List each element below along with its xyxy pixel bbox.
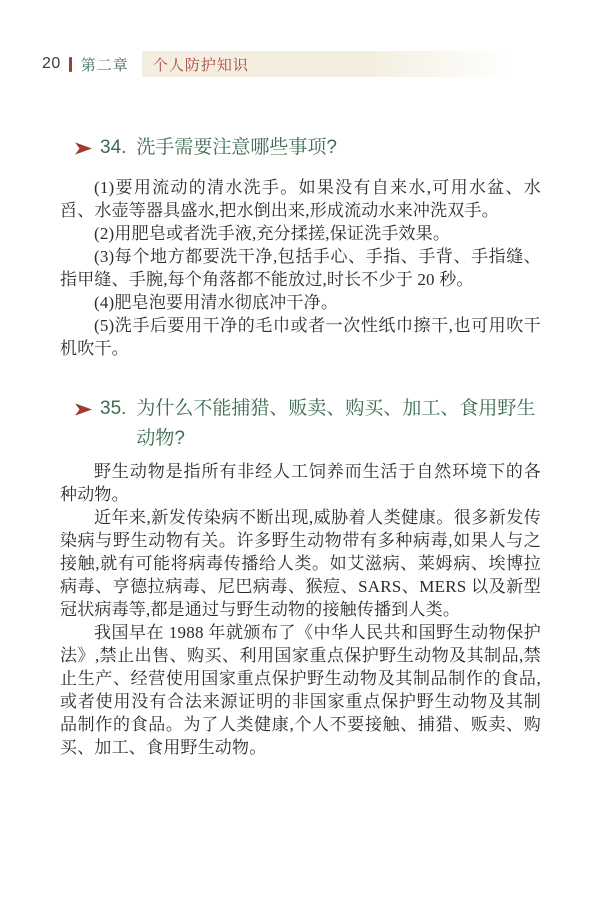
question-34-heading: 34. 洗手需要注意哪些事项? xyxy=(60,133,541,163)
paragraph: (5)洗手后要用干净的毛巾或者一次性纸巾擦干,也可用吹干机吹干。 xyxy=(60,314,541,360)
question-title: 洗手需要注意哪些事项? xyxy=(136,133,541,163)
paragraph: (3)每个地方都要洗干净,包括手心、手指、手背、手指缝、指甲缝、手腕,每个角落都… xyxy=(60,245,541,291)
question-number: 35. xyxy=(100,394,126,424)
book-page: 20 第二章 个人防护知识 34. 洗手需要注意哪些事项? (1)要用流动的清水… xyxy=(0,0,600,900)
paragraph: (1)要用流动的清水洗手。如果没有自来水,可用水盆、水舀、水壶等器具盛水,把水倒… xyxy=(60,176,541,222)
paragraph: (2)用肥皂或者洗手液,充分揉搓,保证洗手效果。 xyxy=(60,222,541,245)
paragraph: 我国早在 1988 年就颁布了《中华人民共和国野生动物保护法》,禁止出售、购买、… xyxy=(60,621,541,759)
page-number: 20 xyxy=(42,55,61,73)
section-question-34: 34. 洗手需要注意哪些事项? (1)要用流动的清水洗手。如果没有自来水,可用水… xyxy=(60,133,541,360)
question-35-heading: 35. 为什么不能捕猎、贩卖、购买、加工、食用野生动物? xyxy=(60,394,541,454)
arrow-bullet-icon xyxy=(75,142,92,155)
question-title: 为什么不能捕猎、贩卖、购买、加工、食用野生动物? xyxy=(136,394,541,454)
question-number: 34. xyxy=(100,133,126,163)
arrow-bullet-icon xyxy=(75,403,92,416)
paragraph: 近年来,新发传染病不断出现,威胁着人类健康。很多新发传染病与野生动物有关。许多野… xyxy=(60,506,541,621)
paragraph: 野生动物是指所有非经人工饲养而生活于自然环境下的各种动物。 xyxy=(60,460,541,506)
paragraph: (4)肥皂泡要用清水彻底冲干净。 xyxy=(60,291,541,314)
section-question-35: 35. 为什么不能捕猎、贩卖、购买、加工、食用野生动物? 野生动物是指所有非经人… xyxy=(60,394,541,759)
page-content: 34. 洗手需要注意哪些事项? (1)要用流动的清水洗手。如果没有自来水,可用水… xyxy=(60,0,541,759)
